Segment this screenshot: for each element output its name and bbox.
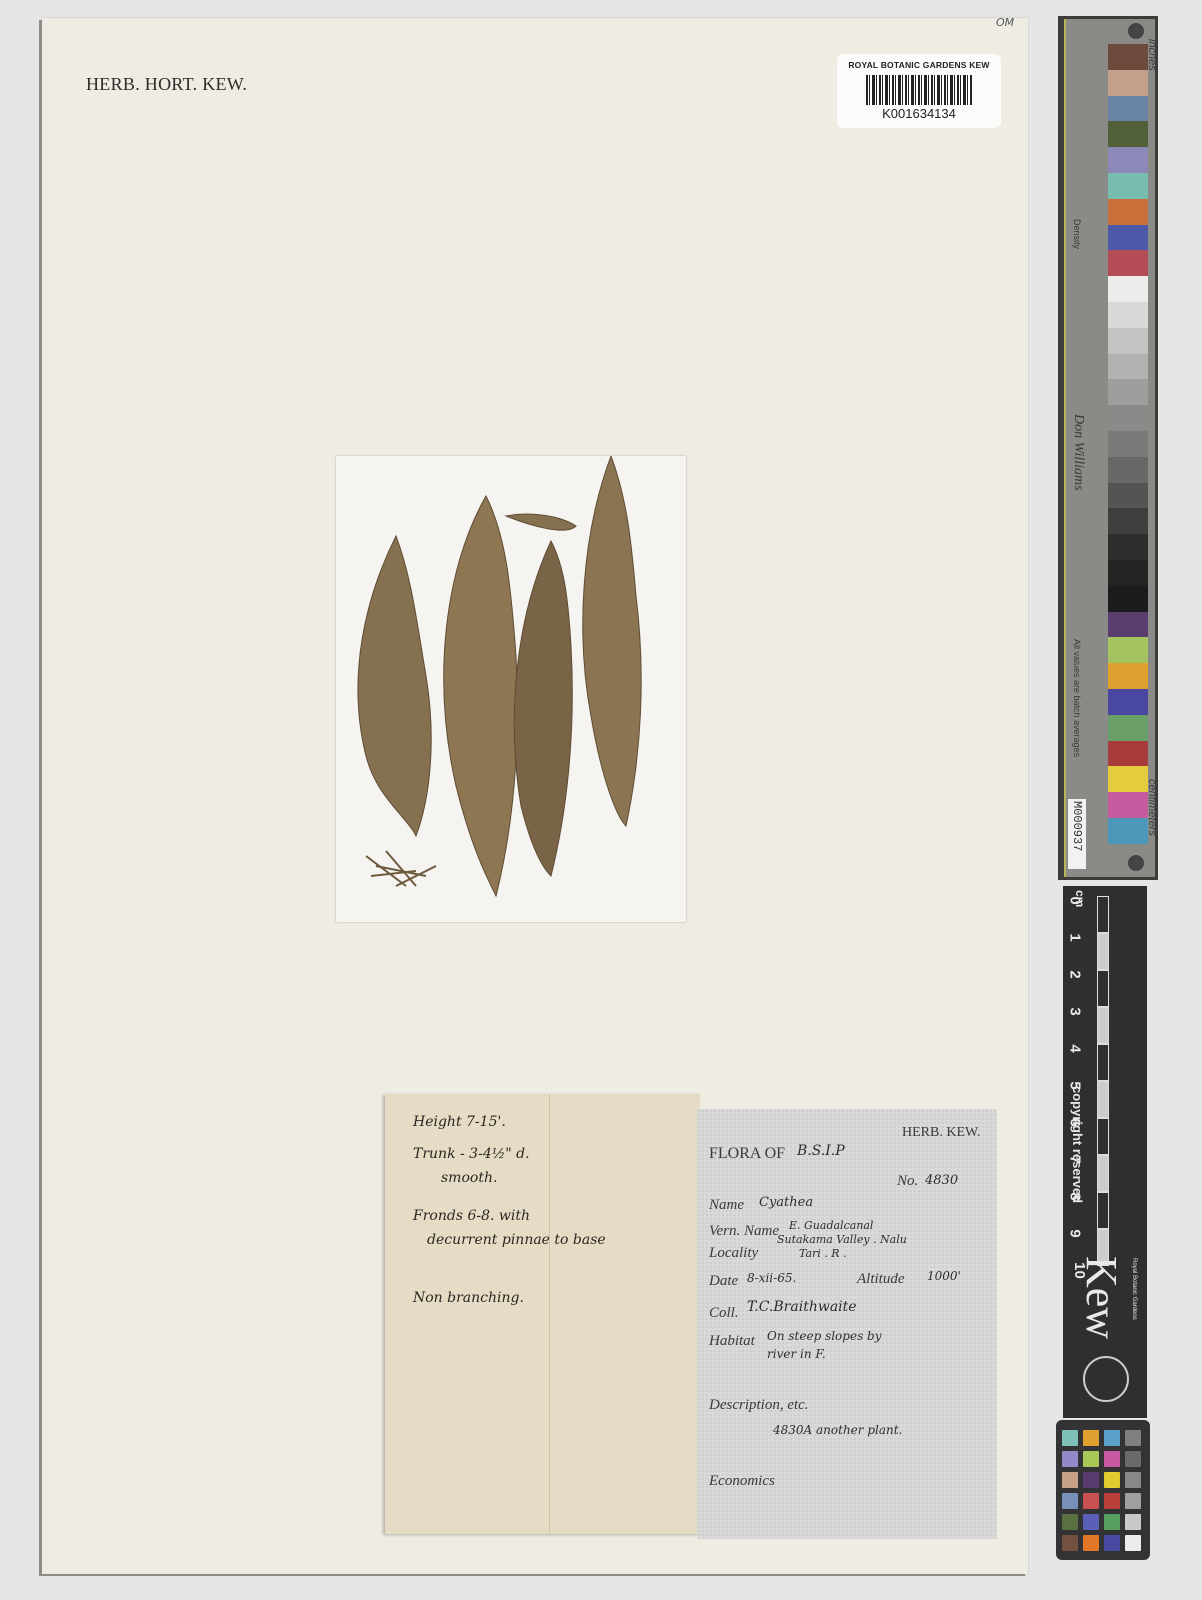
checker-swatch	[1062, 1493, 1078, 1509]
inches-label: inches	[1146, 39, 1158, 71]
color-swatch	[1108, 199, 1148, 225]
label-flora-value: B.S.I.P	[797, 1143, 845, 1159]
checker-swatch	[1062, 1472, 1078, 1488]
herbarium-header: HERB. HORT. KEW.	[86, 74, 247, 95]
checker-swatch	[1083, 1514, 1099, 1530]
checker-swatch	[1125, 1514, 1141, 1530]
checker-swatch	[1083, 1451, 1099, 1467]
color-swatch	[1108, 483, 1148, 509]
color-swatch	[1108, 431, 1148, 457]
color-swatch	[1108, 689, 1148, 715]
checker-swatch	[1083, 1535, 1099, 1551]
color-swatch	[1108, 276, 1148, 302]
color-swatch	[1108, 560, 1148, 586]
barcode-organization: ROYAL BOTANIC GARDENS KEW	[848, 60, 989, 70]
note-line: Height 7-15'.	[413, 1114, 506, 1130]
color-swatch	[1108, 302, 1148, 328]
brand-label: Don Williams	[1070, 414, 1086, 491]
color-swatch	[1108, 250, 1148, 276]
color-swatch	[1108, 44, 1148, 70]
label-date: Date	[709, 1273, 738, 1290]
color-swatch	[1108, 534, 1148, 560]
label-herbarium: HERB. KEW.	[902, 1125, 980, 1141]
checker-swatch	[1083, 1493, 1099, 1509]
ruler-number: 0	[1067, 896, 1084, 904]
ruler-scale	[1097, 896, 1117, 1266]
copyright-text: copyright reserved	[1070, 1086, 1085, 1203]
color-swatch	[1108, 612, 1148, 638]
label-locality-value-1: E. Guadalcanal	[789, 1219, 873, 1232]
color-swatch	[1108, 818, 1148, 844]
chart-id-tag: M000937	[1068, 799, 1086, 869]
kew-logo: Kew	[1076, 1256, 1127, 1339]
corner-mark: OM	[996, 16, 1014, 29]
label-vern-name: Vern. Name	[709, 1223, 779, 1240]
batch-note: All values are batch averages	[1072, 639, 1082, 757]
checker-swatch	[1125, 1535, 1141, 1551]
field-notes-slip: Height 7-15'. Trunk - 3-4½" d. smooth. F…	[385, 1094, 700, 1534]
label-date-value: 8-xii-65.	[747, 1271, 796, 1285]
color-swatch	[1108, 637, 1148, 663]
specimen-packet	[336, 456, 686, 922]
fern-fronds-image	[336, 456, 686, 922]
ruler-number: 9	[1067, 1229, 1084, 1237]
color-swatch	[1108, 70, 1148, 96]
label-habitat-value-2: river in F.	[767, 1347, 826, 1361]
label-altitude-value: 1000'	[927, 1269, 961, 1283]
color-swatch	[1108, 147, 1148, 173]
color-swatch	[1108, 766, 1148, 792]
color-swatch	[1108, 121, 1148, 147]
color-swatch	[1108, 173, 1148, 199]
color-calibration-bar: inches Density Don Williams All values a…	[1058, 16, 1158, 880]
color-swatch	[1108, 405, 1148, 431]
hole-icon	[1128, 855, 1144, 871]
label-description: Description, etc.	[709, 1397, 809, 1414]
hole-icon	[1128, 23, 1144, 39]
collection-label: HERB. KEW. FLORA OF B.S.I.P No. 4830 Nam…	[697, 1109, 997, 1539]
color-swatch	[1108, 328, 1148, 354]
note-line: decurrent pinnae to base	[427, 1232, 606, 1248]
checker-swatch	[1125, 1493, 1141, 1509]
ruler-number: 2	[1067, 970, 1084, 978]
color-swatch	[1108, 457, 1148, 483]
label-altitude: Altitude	[857, 1271, 905, 1288]
checker-swatch	[1125, 1430, 1141, 1446]
color-swatch	[1108, 508, 1148, 534]
centimeters-label: centimeters	[1146, 779, 1158, 836]
barcode-label: ROYAL BOTANIC GARDENS KEW K001634134	[837, 54, 1001, 128]
color-swatch	[1108, 792, 1148, 818]
checker-swatch	[1104, 1472, 1120, 1488]
label-collector: Coll.	[709, 1305, 739, 1322]
checker-swatch	[1104, 1451, 1120, 1467]
color-swatch	[1108, 379, 1148, 405]
label-habitat: Habitat	[709, 1333, 755, 1350]
barcode-icon	[866, 75, 972, 105]
color-swatch	[1108, 741, 1148, 767]
note-line: Trunk - 3-4½" d.	[413, 1146, 530, 1162]
checker-swatch	[1062, 1451, 1078, 1467]
checker-swatch	[1104, 1493, 1120, 1509]
checker-swatch	[1083, 1472, 1099, 1488]
checker-swatch	[1104, 1514, 1120, 1530]
checker-swatch	[1104, 1535, 1120, 1551]
color-swatch	[1108, 586, 1148, 612]
checker-swatch	[1125, 1472, 1141, 1488]
density-label: Density	[1072, 219, 1082, 249]
color-swatch	[1108, 715, 1148, 741]
color-checker-card	[1056, 1420, 1150, 1560]
ruler-number: 1	[1067, 933, 1084, 941]
fold-line	[549, 1094, 550, 1534]
color-swatch	[1108, 663, 1148, 689]
color-swatch	[1108, 354, 1148, 380]
note-line: Fronds 6-8. with	[413, 1208, 530, 1224]
label-habitat-value-1: On steep slopes by	[767, 1329, 882, 1343]
note-line: smooth.	[441, 1170, 497, 1186]
royal-crest-icon	[1083, 1356, 1129, 1402]
label-collector-value: T.C.Braithwaite	[747, 1299, 857, 1315]
checker-swatch	[1125, 1451, 1141, 1467]
label-number-prefix: No.	[897, 1173, 918, 1190]
label-locality-value-2: Sutakama Valley . Nalu	[777, 1233, 907, 1246]
color-swatches	[1108, 44, 1148, 844]
label-locality: Locality	[709, 1245, 758, 1262]
checker-swatch	[1062, 1514, 1078, 1530]
ruler-number: 4	[1067, 1044, 1084, 1052]
checker-swatch	[1062, 1430, 1078, 1446]
label-locality-value-3: Tari . R .	[799, 1247, 847, 1260]
checker-swatch	[1062, 1535, 1078, 1551]
checker-swatch	[1104, 1430, 1120, 1446]
label-flora-prefix: FLORA OF	[709, 1145, 785, 1163]
checker-swatch	[1083, 1430, 1099, 1446]
label-number-value: 4830	[925, 1173, 958, 1188]
kew-logo-sub: Royal Botanic Gardens	[1131, 1258, 1137, 1320]
label-name-value: Cyathea	[759, 1195, 813, 1210]
note-line: Non branching.	[413, 1290, 524, 1306]
barcode-number: K001634134	[882, 106, 956, 121]
color-swatch	[1108, 96, 1148, 122]
cm-ruler: cm 012345678910 copyright reserved Kew R…	[1063, 886, 1147, 1418]
label-name: Name	[709, 1197, 744, 1214]
ruler-number: 3	[1067, 1007, 1084, 1015]
label-description-value: 4830A another plant.	[773, 1423, 902, 1437]
label-economics: Economics	[709, 1473, 775, 1490]
color-swatch	[1108, 225, 1148, 251]
